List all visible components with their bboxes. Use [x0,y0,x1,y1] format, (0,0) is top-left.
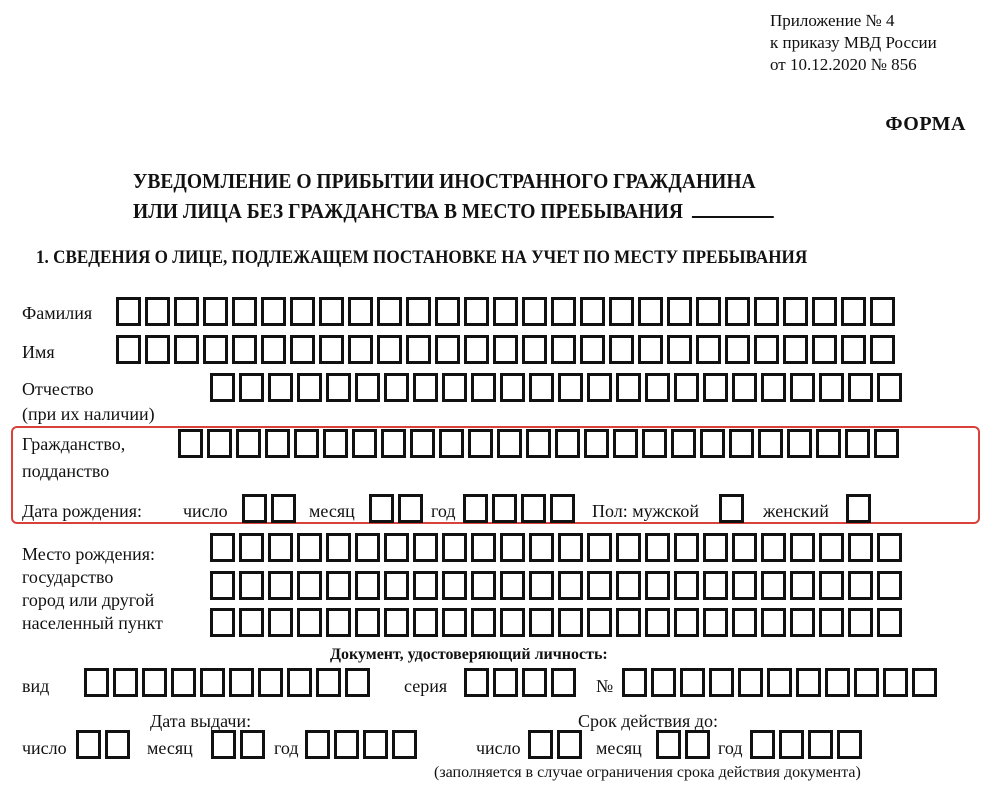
char-cell[interactable] [732,373,757,402]
char-cell[interactable] [729,429,754,458]
char-cell[interactable] [398,494,423,523]
char-cell[interactable] [529,373,554,402]
char-cell[interactable] [377,297,402,326]
patronymic-sublabel: (при их наличии) [22,403,155,425]
char-cell[interactable] [812,297,837,326]
char-cell[interactable] [500,571,525,600]
char-cell[interactable] [674,608,699,637]
char-cell[interactable] [616,373,641,402]
char-cell[interactable] [877,373,902,402]
char-cell[interactable] [754,335,779,364]
char-cell[interactable] [384,608,409,637]
char-cell[interactable] [142,668,167,697]
char-cell[interactable] [413,608,438,637]
char-cell[interactable] [841,297,866,326]
char-cell[interactable] [297,533,322,562]
char-cell[interactable] [638,297,663,326]
char-cell[interactable] [105,730,130,759]
char-cell[interactable] [521,494,546,523]
char-cell[interactable] [557,730,582,759]
char-cell[interactable] [471,608,496,637]
char-cell[interactable] [442,608,467,637]
sex-female-checkbox[interactable] [846,494,871,523]
char-cell[interactable] [290,335,315,364]
title-line-2: ИЛИ ЛИЦА БЕЗ ГРАЖДАНСТВА В МЕСТО ПРЕБЫВА… [133,196,774,226]
char-cell[interactable] [587,571,612,600]
char-cell[interactable] [290,297,315,326]
char-cell[interactable] [145,297,170,326]
char-cell[interactable] [76,730,101,759]
char-cell[interactable] [685,730,710,759]
char-cell[interactable] [761,571,786,600]
char-cell[interactable] [616,608,641,637]
char-cell[interactable] [642,429,667,458]
char-cell[interactable] [837,730,862,759]
birth-date-label: Дата рождения: [22,500,142,522]
char-cell[interactable] [435,297,460,326]
form-label: ФОРМА [885,113,966,136]
char-cell[interactable] [819,533,844,562]
char-cell[interactable] [442,533,467,562]
char-cell[interactable] [178,429,203,458]
patronymic-label: Отчество [22,378,94,400]
char-cell[interactable] [645,533,670,562]
sex-male-checkbox[interactable] [719,494,744,523]
char-cell[interactable] [848,373,873,402]
char-cell[interactable] [808,730,833,759]
surname-label: Фамилия [22,302,92,324]
title-blank-line[interactable] [692,196,774,218]
char-cell[interactable] [464,297,489,326]
char-cell[interactable] [787,429,812,458]
char-cell[interactable] [841,335,866,364]
surname-field[interactable] [116,297,895,326]
char-cell[interactable] [442,571,467,600]
birth-state-label: государство [22,566,113,588]
char-cell[interactable] [761,533,786,562]
char-cell[interactable] [551,335,576,364]
char-cell[interactable] [522,668,547,697]
doc-type-field[interactable] [84,668,370,697]
char-cell[interactable] [732,608,757,637]
char-cell[interactable] [609,335,634,364]
char-cell[interactable] [406,335,431,364]
issue-date-label: Дата выдачи: [150,710,251,732]
char-cell[interactable] [287,668,312,697]
char-cell[interactable] [236,429,261,458]
char-cell[interactable] [758,429,783,458]
name-field[interactable] [116,335,895,364]
valid-day-label: число [476,737,521,759]
char-cell[interactable] [529,608,554,637]
char-cell[interactable] [725,297,750,326]
char-cell[interactable] [522,297,547,326]
char-cell[interactable] [816,429,841,458]
char-cell[interactable] [392,730,417,759]
char-cell[interactable] [326,608,351,637]
appendix-reference: Приложение № 4 к приказу МВД России от 1… [770,10,937,76]
char-cell[interactable] [239,608,264,637]
char-cell[interactable] [754,297,779,326]
char-cell[interactable] [674,533,699,562]
char-cell[interactable] [319,335,344,364]
char-cell[interactable] [522,335,547,364]
birth-year-label: год [431,500,456,522]
appendix-line-3: от 10.12.2020 № 856 [770,54,937,76]
char-cell[interactable] [203,335,228,364]
char-cell[interactable] [171,668,196,697]
citizenship-label: Гражданство, [22,433,125,455]
char-cell[interactable] [671,429,696,458]
char-cell[interactable] [116,335,141,364]
char-cell[interactable] [848,608,873,637]
char-cell[interactable] [696,335,721,364]
char-cell[interactable] [551,668,576,697]
char-cell[interactable] [297,608,322,637]
char-cell[interactable] [203,297,228,326]
char-cell[interactable] [268,608,293,637]
char-cell[interactable] [268,571,293,600]
char-cell[interactable] [323,429,348,458]
char-cell[interactable] [700,429,725,458]
char-cell[interactable] [883,668,908,697]
char-cell[interactable] [381,429,406,458]
char-cell[interactable] [326,373,351,402]
doc-number-field[interactable] [622,668,937,697]
char-cell[interactable] [442,373,467,402]
char-cell[interactable] [435,335,460,364]
char-cell[interactable] [369,494,394,523]
char-cell[interactable] [471,373,496,402]
char-cell[interactable] [84,668,109,697]
char-cell[interactable] [258,668,283,697]
issue-day-label: число [22,737,67,759]
char-cell[interactable] [174,297,199,326]
char-cell[interactable] [271,494,296,523]
char-cell[interactable] [384,571,409,600]
char-cell[interactable] [261,297,286,326]
char-cell[interactable] [352,429,377,458]
citizenship-field[interactable] [178,429,899,458]
char-cell[interactable] [819,571,844,600]
char-cell[interactable] [870,297,895,326]
char-cell[interactable] [334,730,359,759]
char-cell[interactable] [348,335,373,364]
sex-female-label: женский [763,500,829,522]
char-cell[interactable] [384,373,409,402]
char-cell[interactable] [796,668,821,697]
char-cell[interactable] [471,571,496,600]
char-cell[interactable] [848,533,873,562]
char-cell[interactable] [761,373,786,402]
doc-type-label: вид [22,675,49,697]
char-cell[interactable] [558,373,583,402]
char-cell[interactable] [846,494,871,523]
char-cell[interactable] [645,608,670,637]
char-cell[interactable] [877,533,902,562]
char-cell[interactable] [239,373,264,402]
char-cell[interactable] [326,571,351,600]
char-cell[interactable] [779,730,804,759]
char-cell[interactable] [703,533,728,562]
char-cell[interactable] [526,429,551,458]
char-cell[interactable] [174,335,199,364]
char-cell[interactable] [232,297,257,326]
char-cell[interactable] [558,608,583,637]
char-cell[interactable] [616,571,641,600]
char-cell[interactable] [732,571,757,600]
name-label: Имя [22,341,55,363]
char-cell[interactable] [413,373,438,402]
char-cell[interactable] [113,668,138,697]
valid-until-label: Срок действия до: [578,710,718,732]
char-cell[interactable] [645,571,670,600]
char-cell[interactable] [812,335,837,364]
appendix-line-1: Приложение № 4 [770,10,937,32]
char-cell[interactable] [294,429,319,458]
appendix-line-2: к приказу МВД России [770,32,937,54]
char-cell[interactable] [355,608,380,637]
char-cell[interactable] [725,335,750,364]
char-cell[interactable] [355,373,380,402]
citizenship-label-2: подданство [22,460,109,482]
char-cell[interactable] [854,668,879,697]
char-cell[interactable] [870,335,895,364]
char-cell[interactable] [493,668,518,697]
birth-place-label: Место рождения: [22,543,155,565]
char-cell[interactable] [674,571,699,600]
char-cell[interactable] [656,730,681,759]
char-cell[interactable] [268,533,293,562]
char-cell[interactable] [790,533,815,562]
char-cell[interactable] [413,533,438,562]
char-cell[interactable] [609,297,634,326]
char-cell[interactable] [464,668,489,697]
char-cell[interactable] [500,373,525,402]
char-cell[interactable] [877,571,902,600]
birth-day-field[interactable] [242,494,296,523]
birth-city-label: город или другой [22,589,154,611]
doc-series-label: серия [404,675,447,697]
char-cell[interactable] [529,533,554,562]
issue-year-label: год [274,737,299,759]
char-cell[interactable] [703,571,728,600]
identity-document-heading: Документ, удостоверяющий личность: [330,646,608,664]
char-cell[interactable] [845,429,870,458]
char-cell[interactable] [680,668,705,697]
patronymic-field[interactable] [210,373,902,402]
char-cell[interactable] [580,335,605,364]
birth-month-field[interactable] [369,494,423,523]
valid-month-label: месяц [596,737,642,759]
char-cell[interactable] [622,668,647,697]
char-cell[interactable] [363,730,388,759]
char-cell[interactable] [348,297,373,326]
char-cell[interactable] [651,668,676,697]
char-cell[interactable] [210,571,235,600]
char-cell[interactable] [145,335,170,364]
document-title: УВЕДОМЛЕНИЕ О ПРИБЫТИИ ИНОСТРАННОГО ГРАЖ… [133,167,774,226]
char-cell[interactable] [877,608,902,637]
doc-series-field[interactable] [464,668,576,697]
char-cell[interactable] [584,429,609,458]
char-cell[interactable] [912,668,937,697]
char-cell[interactable] [528,730,553,759]
char-cell[interactable] [210,608,235,637]
char-cell[interactable] [703,373,728,402]
char-cell[interactable] [413,571,438,600]
char-cell[interactable] [471,533,496,562]
char-cell[interactable] [232,335,257,364]
char-cell[interactable] [819,608,844,637]
char-cell[interactable] [580,297,605,326]
char-cell[interactable] [761,608,786,637]
char-cell[interactable] [242,494,267,523]
char-cell[interactable] [210,373,235,402]
char-cell[interactable] [464,335,489,364]
char-cell[interactable] [345,668,370,697]
char-cell[interactable] [500,608,525,637]
char-cell[interactable] [613,429,638,458]
char-cell[interactable] [738,668,763,697]
char-cell[interactable] [550,494,575,523]
char-cell[interactable] [555,429,580,458]
char-cell[interactable] [211,730,236,759]
char-cell[interactable] [529,571,554,600]
char-cell[interactable] [493,335,518,364]
birth-day-label: число [183,500,228,522]
char-cell[interactable] [316,668,341,697]
char-cell[interactable] [463,494,488,523]
char-cell[interactable] [384,533,409,562]
char-cell[interactable] [750,730,775,759]
char-cell[interactable] [645,373,670,402]
char-cell[interactable] [848,571,873,600]
char-cell[interactable] [790,608,815,637]
birth-year-field[interactable] [463,494,575,523]
char-cell[interactable] [558,571,583,600]
doc-number-label: № [596,675,613,697]
char-cell[interactable] [587,608,612,637]
char-cell[interactable] [116,297,141,326]
section-1-heading: 1. СВЕДЕНИЯ О ЛИЦЕ, ПОДЛЕЖАЩЕМ ПОСТАНОВК… [36,247,807,269]
char-cell[interactable] [874,429,899,458]
char-cell[interactable] [355,533,380,562]
char-cell[interactable] [825,668,850,697]
char-cell[interactable] [240,730,265,759]
birth-month-label: месяц [309,500,355,522]
char-cell[interactable] [319,297,344,326]
char-cell[interactable] [239,571,264,600]
char-cell[interactable] [210,533,235,562]
char-cell[interactable] [497,429,522,458]
issue-month-field[interactable] [211,730,265,759]
validity-note: (заполняется в случае ограничения срока … [434,764,861,782]
char-cell[interactable] [239,533,264,562]
char-cell[interactable] [709,668,734,697]
valid-year-field[interactable] [750,730,862,759]
char-cell[interactable] [410,429,435,458]
char-cell[interactable] [790,571,815,600]
birth-state-field[interactable] [210,571,902,600]
char-cell[interactable] [616,533,641,562]
char-cell[interactable] [268,373,293,402]
char-cell[interactable] [767,668,792,697]
char-cell[interactable] [703,608,728,637]
birth-city-label-2: населенный пункт [22,612,163,634]
char-cell[interactable] [305,730,330,759]
issue-year-field[interactable] [305,730,417,759]
char-cell[interactable] [674,373,699,402]
char-cell[interactable] [667,297,692,326]
title-line-1: УВЕДОМЛЕНИЕ О ПРИБЫТИИ ИНОСТРАННОГО ГРАЖ… [133,167,774,196]
char-cell[interactable] [783,297,808,326]
char-cell[interactable] [261,335,286,364]
char-cell[interactable] [500,533,525,562]
char-cell[interactable] [587,533,612,562]
char-cell[interactable] [696,297,721,326]
char-cell[interactable] [406,297,431,326]
char-cell[interactable] [297,571,322,600]
char-cell[interactable] [355,571,380,600]
char-cell[interactable] [492,494,517,523]
char-cell[interactable] [558,533,583,562]
char-cell[interactable] [732,533,757,562]
char-cell[interactable] [790,373,815,402]
char-cell[interactable] [587,373,612,402]
char-cell[interactable] [719,494,744,523]
char-cell[interactable] [297,373,322,402]
char-cell[interactable] [265,429,290,458]
char-cell[interactable] [326,533,351,562]
issue-day-field[interactable] [76,730,130,759]
sex-male-label: Пол: мужской [592,500,699,522]
char-cell[interactable] [229,668,254,697]
birth-place-row-1[interactable] [210,533,902,562]
char-cell[interactable] [377,335,402,364]
issue-month-label: месяц [147,737,193,759]
char-cell[interactable] [819,373,844,402]
char-cell[interactable] [667,335,692,364]
char-cell[interactable] [551,297,576,326]
valid-day-field[interactable] [528,730,582,759]
char-cell[interactable] [200,668,225,697]
char-cell[interactable] [468,429,493,458]
char-cell[interactable] [207,429,232,458]
birth-city-field[interactable] [210,608,902,637]
char-cell[interactable] [783,335,808,364]
valid-year-label: год [718,737,743,759]
valid-month-field[interactable] [656,730,710,759]
char-cell[interactable] [638,335,663,364]
char-cell[interactable] [439,429,464,458]
char-cell[interactable] [493,297,518,326]
